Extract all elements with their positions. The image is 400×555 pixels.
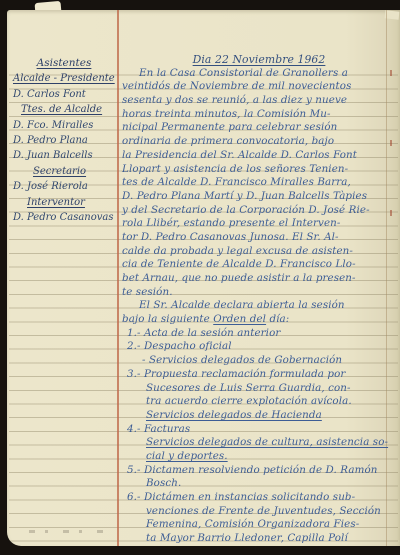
attendee-name: D. Carlos Font [13, 87, 115, 102]
agenda-section-heading: Servicios delegados de Hacienda [122, 409, 396, 423]
agenda-item-line: 2.- Despacho oficial [122, 340, 396, 354]
attendee-role-interventor: Interventor [13, 195, 115, 210]
servicios-cultura-label-2: cial y deportes. [146, 450, 228, 462]
minutes-intro-line: tor D. Pedro Casanovas Junosa. El Sr. Al… [122, 231, 396, 245]
minutes-intro-line: la Presidencia del Sr. Alcalde D. Carlos… [122, 149, 396, 163]
date-heading: Dia 22 Noviembre 1962 [122, 53, 396, 67]
agenda-continuation-line: Bosch. [122, 477, 396, 491]
paper-sheet: Asistentes Alcalde - Presidente D. Carlo… [7, 10, 400, 546]
agenda-section-heading: Servicios delegados de cultura, asistenc… [122, 436, 396, 450]
agenda-item-line: 4.- Facturas [122, 423, 396, 437]
attendee-name: D. Juan Balcells [13, 148, 115, 163]
agenda-continuation-line: venciones de Frente de Juventudes, Secci… [122, 505, 396, 519]
attendee-name: D. Pedro Casanovas [13, 210, 115, 225]
agenda-item-line: 1.- Acta de la sesión anterior [122, 327, 396, 341]
attendee-role-secretario: Secretario [13, 164, 115, 179]
attendee-name: D. José Rierola [13, 179, 115, 194]
attendees-title: Asistentes [13, 56, 115, 71]
minutes-body: Dia 22 Noviembre 1962 En la Casa Consist… [122, 53, 396, 546]
servicios-hacienda-label: Servicios delegados de Hacienda [146, 409, 322, 421]
agenda-continuation-line: tra acuerdo cierre explotación avícola. [122, 395, 396, 409]
attendees-column: Asistentes Alcalde - Presidente D. Carlo… [13, 56, 115, 225]
attendee-role-alcalde-presidente: Alcalde - Presidente [13, 71, 115, 86]
minutes-intro-line: tes de Alcalde D. Francisco Miralles Bar… [122, 176, 396, 190]
orden-del-dia-label: Orden del [213, 313, 266, 325]
minutes-intro-line: cia de Teniente de Alcalde D. Francisco … [122, 258, 396, 272]
minutes-intro-line: ordinaria de primera convocatoria, bajo [122, 135, 396, 149]
agenda-subline: - Servicios delegados de Gobernación [122, 354, 396, 368]
scanned-minutes-page: Asistentes Alcalde - Presidente D. Carlo… [0, 0, 400, 555]
agenda-section-heading: cial y deportes. [122, 450, 396, 464]
minutes-intro-line: horas treinta minutos, la Comisión Mu- [122, 108, 396, 122]
agenda-item-line: 6.- Dictámen en instancias solicitando s… [122, 491, 396, 505]
minutes-intro-line: sesenta y dos se reunió, a las diez y nu… [122, 94, 396, 108]
agenda-continuation-line: ta Mayor Barrio Lledoner, Capilla Polí [122, 532, 396, 546]
minutes-intro-line: D. Pedro Plana Martí y D. Juan Balcells … [122, 190, 396, 204]
minutes-opening-line: El Sr. Alcalde declara abierta la sesión [122, 299, 396, 313]
minutes-opening-line: bajo la siguiente Orden del día: [122, 313, 396, 327]
minutes-intro-line: Llopart y asistencia de los señores Teni… [122, 163, 396, 177]
minutes-intro-line: En la Casa Consistorial de Granollers a [122, 67, 396, 81]
opening-suffix: día: [266, 313, 289, 325]
minutes-intro-line: y del Secretario de la Corporación D. Jo… [122, 204, 396, 218]
date-heading-text: Dia 22 Noviembre 1962 [193, 53, 326, 66]
servicios-cultura-label: Servicios delegados de cultura, asistenc… [146, 436, 388, 448]
attendee-name: D. Pedro Plana [13, 133, 115, 148]
minutes-intro-line: bet Arnau, que no puede asistir a la pre… [122, 272, 396, 286]
minutes-intro-line: veintidós de Noviembre de mil noveciento… [122, 80, 396, 94]
minutes-intro-line: calde da probada y legal excusa de asist… [122, 245, 396, 259]
left-margin-rule-line [117, 10, 119, 546]
attendee-name: D. Fco. Miralles [13, 118, 115, 133]
agenda-continuation-line: Femenina, Comisión Organizadora Fies- [122, 518, 396, 532]
minutes-intro-line: nicipal Permanente para celebrar sesión [122, 121, 396, 135]
opening-prefix: bajo la siguiente [122, 313, 213, 325]
attendee-role-tenientes: Ttes. de Alcalde [13, 102, 115, 117]
agenda-item-line: 5.- Dictamen resolviendo petición de D. … [122, 464, 396, 478]
pencil-marks [29, 530, 109, 533]
minutes-intro-line: rola Llibér, estando presente el Interve… [122, 217, 396, 231]
minutes-intro-line: te sesión. [122, 286, 396, 300]
agenda-continuation-line: Sucesores de Luis Serra Guardia, con- [122, 382, 396, 396]
agenda-item-line: 3.- Propuesta reclamación formulada por [122, 368, 396, 382]
